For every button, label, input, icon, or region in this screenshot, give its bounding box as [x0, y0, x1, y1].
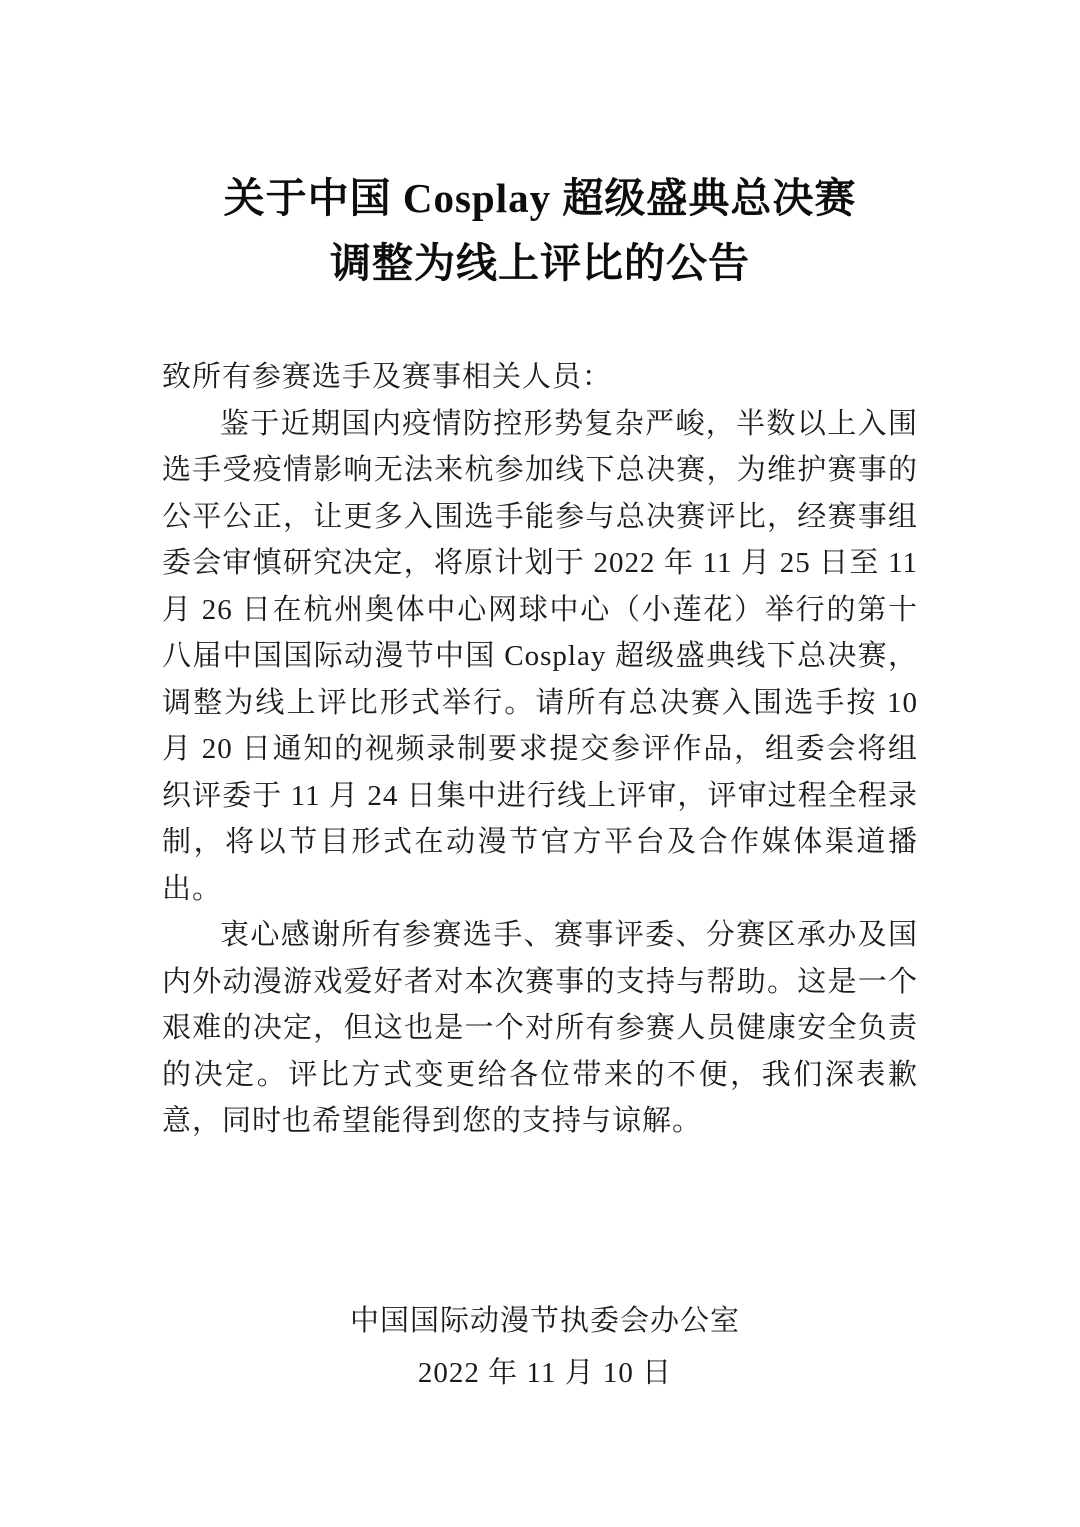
document-page: 关于中国 Cosplay 超级盛典总决赛 调整为线上评比的公告 致所有参赛选手及…: [0, 0, 1080, 1527]
signature-organization: 中国国际动漫节执委会办公室: [330, 1295, 760, 1347]
signature-block: 中国国际动漫节执委会办公室 2022 年 11 月 10 日: [330, 1295, 760, 1399]
document-body: 致所有参赛选手及赛事相关人员： 鉴于近期国内疫情防控形势复杂严峻，半数以上入围选…: [162, 354, 918, 1145]
body-paragraph-2: 衷心感谢所有参赛选手、赛事评委、分赛区承办及国内外动漫游戏爱好者对本次赛事的支持…: [162, 912, 918, 1145]
salutation-line: 致所有参赛选手及赛事相关人员：: [162, 354, 918, 401]
document-title-line-1: 关于中国 Cosplay 超级盛典总决赛: [162, 166, 918, 231]
body-paragraph-1: 鉴于近期国内疫情防控形势复杂严峻，半数以上入围选手受疫情影响无法来杭参加线下总决…: [162, 401, 918, 913]
document-title-line-2: 调整为线上评比的公告: [162, 231, 918, 296]
document-title: 关于中国 Cosplay 超级盛典总决赛 调整为线上评比的公告: [162, 166, 918, 296]
signature-date: 2022 年 11 月 10 日: [330, 1347, 760, 1399]
